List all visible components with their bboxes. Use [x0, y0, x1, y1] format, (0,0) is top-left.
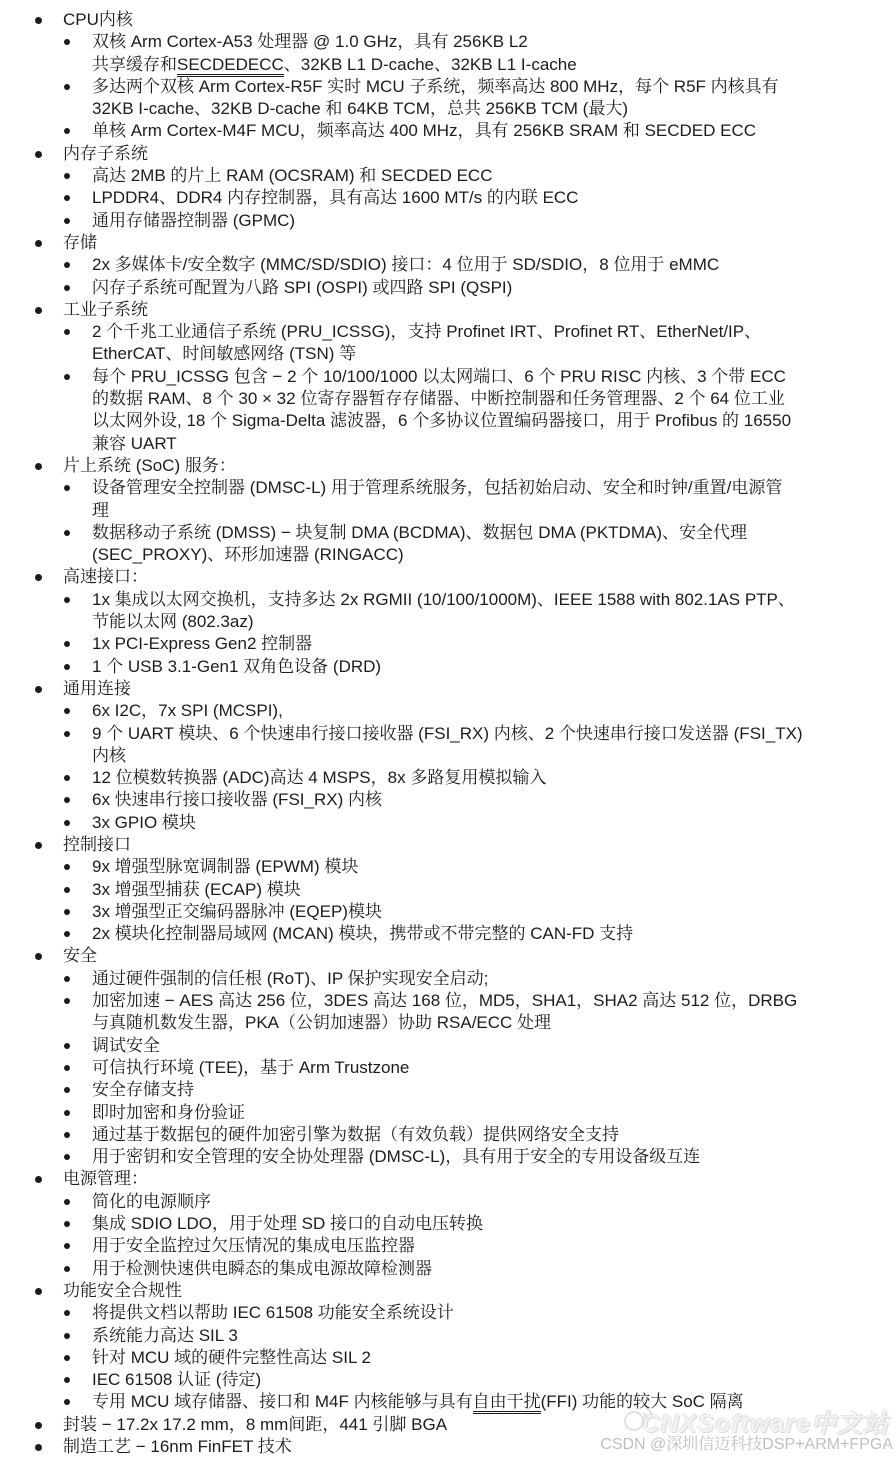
bullet-dot-icon [64, 1355, 70, 1361]
bullet-dot-icon [35, 1288, 42, 1295]
bullet-dot-icon [35, 1422, 42, 1429]
item-text: IEC 61508 认证 (待定) [92, 1369, 896, 1391]
bullet-dot-icon [35, 463, 42, 470]
bullet-item-level2: 用于安全监控过欠压情况的集成电压监控器 [0, 1235, 896, 1257]
item-text: 功能安全合规性 [63, 1280, 896, 1302]
bullet-dot-icon [64, 998, 70, 1004]
item-text: 集成 SDIO LDO，用于处理 SD 接口的自动电压转换 [92, 1213, 896, 1235]
bullet-item-level2: 通用存储器控制器 (GPMC) [0, 210, 896, 232]
item-text: 高达 2MB 的片上 RAM (OCSRAM) 和 SECDED ECC [92, 165, 896, 187]
bullet-dot-icon [64, 329, 70, 335]
item-text: CPU内核 [63, 9, 896, 31]
item-text: 2x 模块化控制器局域网 (MCAN) 模块，携带或不带完整的 CAN-FD 支… [92, 923, 896, 945]
bullet-item-level2: 用于密钥和安全管理的安全协处理器 (DMSC-L)，具有用于安全的专用设备级互连 [0, 1146, 896, 1168]
bullet-item-level1: CPU内核 [0, 9, 896, 31]
bullet-dot-icon [64, 976, 70, 982]
bullet-item-level2: 9x 增强型脉宽调制器 (EPWM) 模块 [0, 856, 896, 878]
bullet-dot-icon [64, 1399, 70, 1405]
bullet-item-level2: 3x 增强型正交编码器脉冲 (EQEP)模块 [0, 901, 896, 923]
item-text: 用于安全监控过欠压情况的集成电压监控器 [92, 1235, 896, 1257]
bullet-item-level1: 制造工艺 − 16nm FinFET 技术 [0, 1436, 896, 1458]
item-text: 工业子系统 [63, 299, 896, 321]
bullet-dot-icon [64, 84, 70, 90]
bullet-item-level2: 简化的电源顺序 [0, 1191, 896, 1213]
bullet-dot-icon [35, 953, 42, 960]
item-text: LPDDR4、DDR4 内存控制器，具有高达 1600 MT/s 的内联 ECC [92, 187, 896, 209]
bullet-item-level2: 针对 MCU 域的硬件完整性高达 SIL 2 [0, 1347, 896, 1369]
item-text: 3x GPIO 模块 [92, 812, 896, 834]
item-text: 专用 MCU 域存储器、接口和 M4F 内核能够与具有自由干扰(FFI) 功能的… [92, 1391, 896, 1413]
bullet-item-level1: 封装 − 17.2x 17.2 mm，8 mm间距，441 引脚 BGA [0, 1414, 896, 1436]
bullet-item-level2: 1x PCI-Express Gen2 控制器 [0, 633, 896, 655]
item-text: 系统能力高达 SIL 3 [92, 1325, 896, 1347]
item-text: 6x I2C，7x SPI (MCSPI), [92, 700, 896, 722]
bullet-dot-icon [64, 797, 70, 803]
bullet-dot-icon [64, 128, 70, 134]
item-text: 安全存储支持 [92, 1079, 896, 1101]
item-text: 12 位模数转换器 (ADC)高达 4 MSPS，8x 多路复用模拟输入 [92, 767, 896, 789]
bullet-dot-icon [64, 664, 70, 670]
bullet-dot-icon [64, 39, 70, 45]
bullet-item-level2: IEC 61508 认证 (待定) [0, 1369, 896, 1391]
bullet-item-level2: 6x 快速串行接口接收器 (FSI_RX) 内核 [0, 789, 896, 811]
bullet-item-level1: 内存子系统 [0, 143, 896, 165]
bullet-dot-icon [64, 1199, 70, 1205]
item-text: 1x PCI-Express Gen2 控制器 [92, 633, 896, 655]
bullet-dot-icon [64, 374, 70, 380]
item-text: 内存子系统 [63, 143, 896, 165]
item-text: 单核 Arm Cortex-M4F MCU，频率高达 400 MHz，具有 25… [92, 120, 896, 142]
bullet-item-level2: 用于检测快速供电瞬态的集成电源故障检测器 [0, 1258, 896, 1280]
bullet-item-level1: 高速接口： [0, 566, 896, 588]
bullet-dot-icon [35, 240, 42, 247]
bullet-item-level1: 电源管理： [0, 1168, 896, 1190]
bullet-item-level2: 12 位模数转换器 (ADC)高达 4 MSPS，8x 多路复用模拟输入 [0, 767, 896, 789]
item-text: 2 个千兆工业通信子系统 (PRU_ICSSG)，支持 Profinet IRT… [92, 321, 896, 366]
bullet-dot-icon [64, 262, 70, 268]
bullet-dot-icon [64, 1333, 70, 1339]
bullet-item-level2: 调试安全 [0, 1035, 896, 1057]
bullet-dot-icon [64, 909, 70, 915]
bullet-item-level2: 3x GPIO 模块 [0, 812, 896, 834]
bullet-item-level2: 数据移动子系统 (DMSS) − 块复制 DMA (BCDMA)、数据包 DMA… [0, 522, 896, 567]
item-text: 9x 增强型脉宽调制器 (EPWM) 模块 [92, 856, 896, 878]
item-text: 存储 [63, 232, 896, 254]
item-text: 针对 MCU 域的硬件完整性高达 SIL 2 [92, 1347, 896, 1369]
bullet-item-level2: 9 个 UART 模块、6 个快速串行接口接收器 (FSI_RX) 内核、2 个… [0, 723, 896, 768]
bullet-item-level2: 通过硬件强制的信任根 (RoT)、IP 保护实现安全启动; [0, 968, 896, 990]
bullet-dot-icon [64, 195, 70, 201]
item-text: 控制接口 [63, 834, 896, 856]
bullet-item-level2: 加密加速 − AES 高达 256 位，3DES 高达 168 位，MD5，SH… [0, 990, 896, 1035]
bullet-dot-icon [64, 530, 70, 536]
bullet-item-level2: 闪存子系统可配置为八路 SPI (OSPI) 或四路 SPI (QSPI) [0, 277, 896, 299]
item-text: 片上系统 (SoC) 服务： [63, 455, 896, 477]
bullet-dot-icon [64, 218, 70, 224]
bullet-item-level2: 系统能力高达 SIL 3 [0, 1325, 896, 1347]
bullet-dot-icon [35, 574, 42, 581]
bullet-dot-icon [35, 842, 42, 849]
bullet-item-level1: 安全 [0, 945, 896, 967]
item-text: 封装 − 17.2x 17.2 mm，8 mm间距，441 引脚 BGA [63, 1414, 896, 1436]
bullet-dot-icon [64, 820, 70, 826]
bullet-item-level2: 高达 2MB 的片上 RAM (OCSRAM) 和 SECDED ECC [0, 165, 896, 187]
item-text: 通过基于数据包的硬件加密引擎为数据（有效负载）提供网络安全支持 [92, 1124, 896, 1146]
item-text: 每个 PRU_ICSSG 包含 − 2 个 10/100/1000 以太网端口、… [92, 366, 896, 455]
bullet-dot-icon [64, 708, 70, 714]
bullet-dot-icon [64, 1310, 70, 1316]
bullet-dot-icon [35, 686, 42, 693]
bullet-item-level1: 通用连接 [0, 678, 896, 700]
item-text: 2x 多媒体卡/安全数字 (MMC/SD/SDIO) 接口：4 位用于 SD/S… [92, 254, 896, 276]
item-text: 加密加速 − AES 高达 256 位，3DES 高达 168 位，MD5，SH… [92, 990, 896, 1035]
bullet-item-level1: 工业子系统 [0, 299, 896, 321]
item-text: 即时加密和身份验证 [92, 1102, 896, 1124]
bullet-item-level1: 功能安全合规性 [0, 1280, 896, 1302]
item-text: 1 个 USB 3.1-Gen1 双角色设备 (DRD) [92, 656, 896, 678]
bullet-dot-icon [64, 1110, 70, 1116]
bullet-dot-icon [64, 1043, 70, 1049]
item-text: 通用存储器控制器 (GPMC) [92, 210, 896, 232]
item-text: 3x 增强型正交编码器脉冲 (EQEP)模块 [92, 901, 896, 923]
item-text: 3x 增强型捕获 (ECAP) 模块 [92, 879, 896, 901]
bullet-dot-icon [64, 485, 70, 491]
bullet-dot-icon [64, 1154, 70, 1160]
item-text: 用于检测快速供电瞬态的集成电源故障检测器 [92, 1258, 896, 1280]
bullet-item-level2: 6x I2C，7x SPI (MCSPI), [0, 700, 896, 722]
bullet-dot-icon [35, 1444, 42, 1451]
bullet-dot-icon [64, 641, 70, 647]
bullet-dot-icon [64, 597, 70, 603]
bullet-item-level2: 2x 模块化控制器局域网 (MCAN) 模块，携带或不带完整的 CAN-FD 支… [0, 923, 896, 945]
bullet-dot-icon [64, 1243, 70, 1249]
bullet-item-level2: 单核 Arm Cortex-M4F MCU，频率高达 400 MHz，具有 25… [0, 120, 896, 142]
bullet-item-level2: LPDDR4、DDR4 内存控制器，具有高达 1600 MT/s 的内联 ECC [0, 187, 896, 209]
item-text: 简化的电源顺序 [92, 1191, 896, 1213]
bullet-item-level2: 1 个 USB 3.1-Gen1 双角色设备 (DRD) [0, 656, 896, 678]
bullet-dot-icon [35, 307, 42, 314]
bullet-dot-icon [64, 1266, 70, 1272]
item-text: 1x 集成以太网交换机，支持多达 2x RGMII (10/100/1000M)… [92, 589, 896, 634]
bullet-dot-icon [64, 775, 70, 781]
item-text: 调试安全 [92, 1035, 896, 1057]
item-text: 数据移动子系统 (DMSS) − 块复制 DMA (BCDMA)、数据包 DMA… [92, 522, 896, 567]
bullet-item-level2: 即时加密和身份验证 [0, 1102, 896, 1124]
item-text: 安全 [63, 945, 896, 967]
item-text: 制造工艺 − 16nm FinFET 技术 [63, 1436, 896, 1458]
item-text: 通用连接 [63, 678, 896, 700]
bullet-item-level2: 3x 增强型捕获 (ECAP) 模块 [0, 879, 896, 901]
item-text: 多达两个双核 Arm Cortex-R5F 实时 MCU 子系统，频率高达 80… [92, 76, 896, 121]
bullet-item-level1: 存储 [0, 232, 896, 254]
item-text: 设备管理安全控制器 (DMSC-L) 用于管理系统服务，包括初始启动、安全和时钟… [92, 477, 896, 522]
bullet-item-level2: 1x 集成以太网交换机，支持多达 2x RGMII (10/100/1000M)… [0, 589, 896, 634]
bullet-item-level2: 集成 SDIO LDO，用于处理 SD 接口的自动电压转换 [0, 1213, 896, 1235]
bullet-item-level2: 每个 PRU_ICSSG 包含 − 2 个 10/100/1000 以太网端口、… [0, 366, 896, 455]
item-text: 电源管理： [63, 1168, 896, 1190]
bullet-item-level2: 将提供文档以帮助 IEC 61508 功能安全系统设计 [0, 1302, 896, 1324]
bullet-dot-icon [64, 285, 70, 291]
bullet-dot-icon [35, 1176, 42, 1183]
bullet-item-level2: 专用 MCU 域存储器、接口和 M4F 内核能够与具有自由干扰(FFI) 功能的… [0, 1391, 896, 1413]
bullet-dot-icon [64, 1221, 70, 1227]
bullet-dot-icon [64, 931, 70, 937]
bullet-item-level1: 片上系统 (SoC) 服务： [0, 455, 896, 477]
bullet-item-level1: 控制接口 [0, 834, 896, 856]
bullet-dot-icon [64, 864, 70, 870]
item-text: 6x 快速串行接口接收器 (FSI_RX) 内核 [92, 789, 896, 811]
bullet-dot-icon [64, 1377, 70, 1383]
bullet-dot-icon [64, 731, 70, 737]
bullet-dot-icon [64, 1132, 70, 1138]
bullet-dot-icon [64, 887, 70, 893]
bullet-item-level2: 通过基于数据包的硬件加密引擎为数据（有效负载）提供网络安全支持 [0, 1124, 896, 1146]
item-text: 可信执行环境 (TEE)，基于 Arm Trustzone [92, 1057, 896, 1079]
bullet-dot-icon [64, 1065, 70, 1071]
item-text: 高速接口： [63, 566, 896, 588]
item-text: 通过硬件强制的信任根 (RoT)、IP 保护实现安全启动; [92, 968, 896, 990]
bullet-dot-icon [35, 151, 42, 158]
item-text: 用于密钥和安全管理的安全协处理器 (DMSC-L)，具有用于安全的专用设备级互连 [92, 1146, 896, 1168]
item-text: 将提供文档以帮助 IEC 61508 功能安全系统设计 [92, 1302, 896, 1324]
bullet-item-level2: 多达两个双核 Arm Cortex-R5F 实时 MCU 子系统，频率高达 80… [0, 76, 896, 121]
bullet-item-level2: 2x 多媒体卡/安全数字 (MMC/SD/SDIO) 接口：4 位用于 SD/S… [0, 254, 896, 276]
bullet-dot-icon [64, 1087, 70, 1093]
item-text: 闪存子系统可配置为八路 SPI (OSPI) 或四路 SPI (QSPI) [92, 277, 896, 299]
bullet-item-level2: 设备管理安全控制器 (DMSC-L) 用于管理系统服务，包括初始启动、安全和时钟… [0, 477, 896, 522]
bullet-item-level2: 2 个千兆工业通信子系统 (PRU_ICSSG)，支持 Profinet IRT… [0, 321, 896, 366]
item-text: 双核 Arm Cortex-A53 处理器 @ 1.0 GHz，具有 256KB… [92, 31, 896, 76]
bullet-item-level2: 安全存储支持 [0, 1079, 896, 1101]
bullet-dot-icon [64, 173, 70, 179]
bullet-item-level2: 可信执行环境 (TEE)，基于 Arm Trustzone [0, 1057, 896, 1079]
spec-outline: CPU内核双核 Arm Cortex-A53 处理器 @ 1.0 GHz，具有 … [0, 0, 896, 1458]
bullet-item-level2: 双核 Arm Cortex-A53 处理器 @ 1.0 GHz，具有 256KB… [0, 31, 896, 76]
item-text: 9 个 UART 模块、6 个快速串行接口接收器 (FSI_RX) 内核、2 个… [92, 723, 896, 768]
bullet-dot-icon [35, 17, 42, 24]
